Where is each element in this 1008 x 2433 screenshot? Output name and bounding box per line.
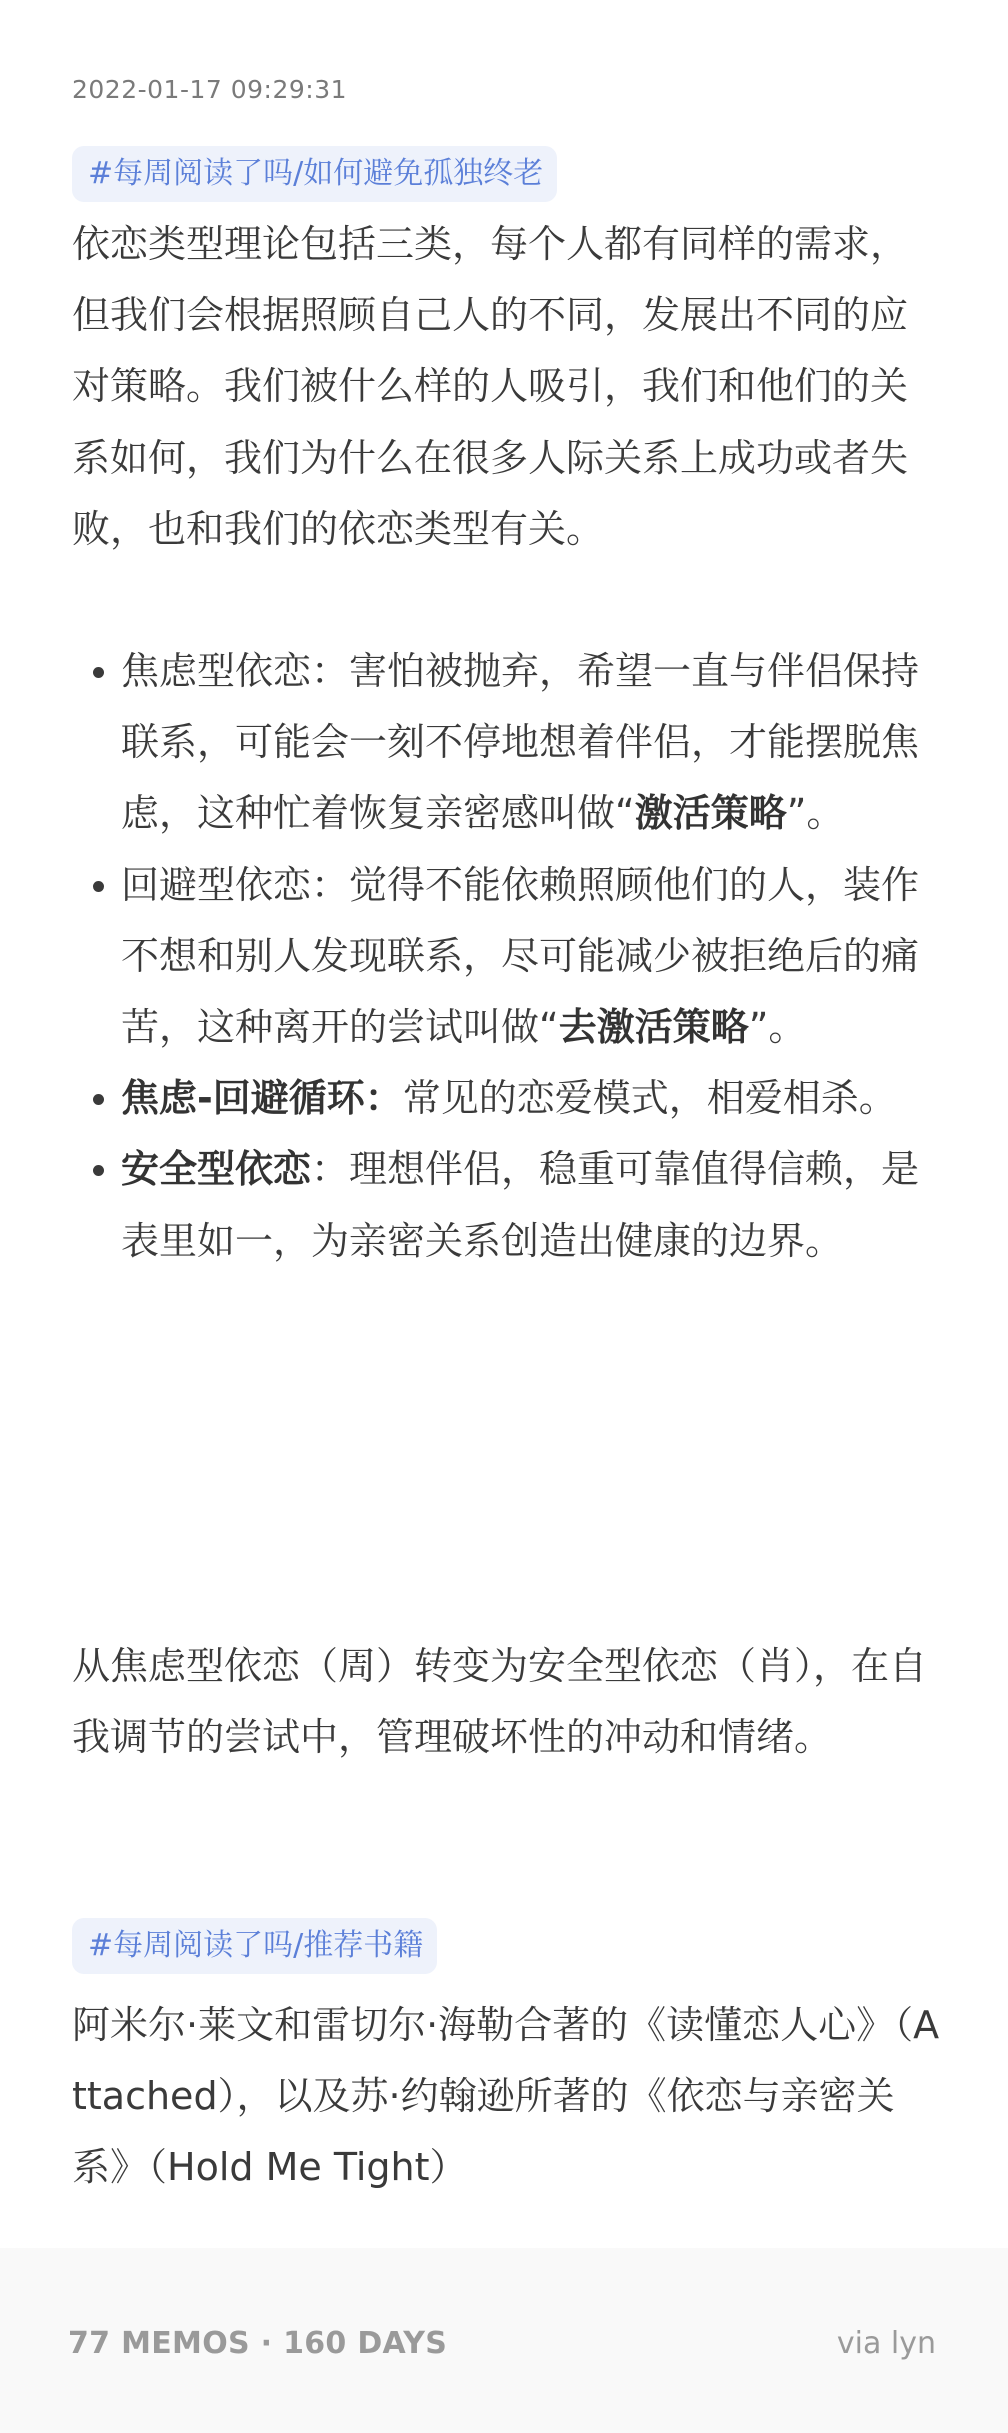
- memo-timestamp: 2022-01-17 09:29:31: [72, 72, 347, 108]
- list-item-anxious-avoidant-cycle: 焦虑-回避循环：常见的恋爱模式，相爱相杀。: [72, 1063, 942, 1134]
- list-item-text: 常见的恋爱模式，相爱相杀。: [403, 1076, 897, 1120]
- list-item-avoidant-attachment: 回避型依恋：觉得不能依赖照顾他们的人，装作不想和别人发现联系，尽可能减少被拒绝后…: [72, 850, 942, 1064]
- list-item-lead: 安全型依恋: [121, 1147, 311, 1191]
- bullet-dot-icon: [93, 881, 104, 892]
- bullet-dot-icon: [93, 1165, 104, 1176]
- list-item-emphasis: 激活策略: [635, 791, 787, 835]
- bullet-dot-icon: [93, 667, 104, 678]
- tag-recommended-books[interactable]: #每周阅读了吗/推荐书籍: [72, 1918, 437, 1974]
- bullet-dot-icon: [93, 1094, 104, 1105]
- list-item-tail: ”。: [787, 791, 845, 835]
- memo-paragraph-transition: 从焦虑型依恋（周）转变为安全型依恋（肖），在自我调节的尝试中，管理破坏性的冲动和…: [72, 1631, 942, 1773]
- memo-paragraph-intro: 依恋类型理论包括三类，每个人都有同样的需求，但我们会根据照顾自己人的不同，发展出…: [72, 209, 942, 565]
- tag-avoid-loneliness[interactable]: #每周阅读了吗/如何避免孤独终老: [72, 146, 557, 202]
- list-item-anxious-attachment: 焦虑型依恋：害怕被抛弃，希望一直与伴侣保持联系，可能会一刻不停地想着伴侣，才能摆…: [72, 636, 942, 850]
- list-item-secure-attachment: 安全型依恋：理想伴侣，稳重可靠值得信赖，是表里如一，为亲密关系创造出健康的边界。: [72, 1134, 942, 1276]
- list-item-tail: ”。: [749, 1005, 807, 1049]
- footer: 77 MEMOS · 160 DAYS via lyn: [0, 2248, 1008, 2433]
- list-item-emphasis: 去激活策略: [559, 1005, 749, 1049]
- memo-stats: 77 MEMOS · 160 DAYS: [68, 2324, 447, 2364]
- attachment-types-list: 焦虑型依恋：害怕被抛弃，希望一直与伴侣保持联系，可能会一刻不停地想着伴侣，才能摆…: [72, 636, 942, 1277]
- list-item-lead: 焦虑-回避循环：: [121, 1076, 403, 1120]
- via-author: via lyn: [837, 2324, 936, 2364]
- memo-paragraph-books: 阿米尔·莱文和雷切尔·海勒合著的《读懂恋人心》（Attached），以及苏·约翰…: [72, 1990, 942, 2204]
